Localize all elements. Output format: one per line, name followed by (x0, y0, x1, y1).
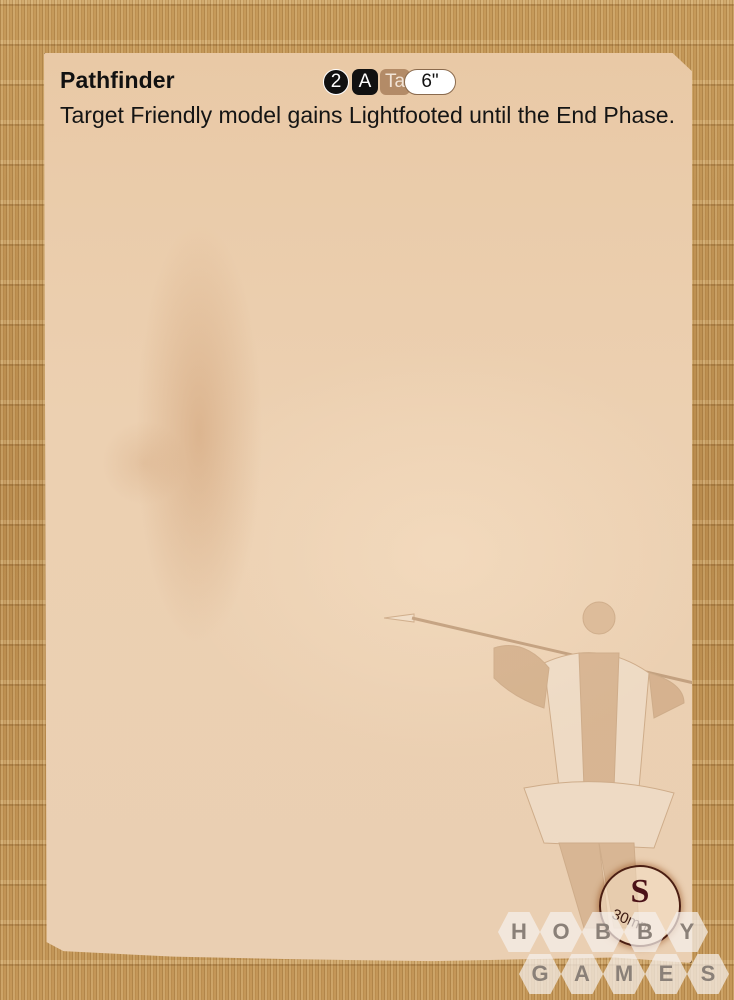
card-rules-text: Target Friendly model gains Lightfooted … (60, 101, 685, 129)
watermark-letter: G (519, 954, 561, 994)
card-header: Pathfinder 2 A Ta 6" (60, 67, 660, 97)
watermark-letter: H (498, 912, 540, 952)
hobby-games-watermark: H O B B Y G A M E S (498, 912, 734, 1000)
watermark-letter: E (645, 954, 687, 994)
watermark-letter: B (624, 912, 666, 952)
watermark-letter: O (540, 912, 582, 952)
card-stats: 2 A Ta 6" (323, 67, 456, 97)
range-badge: 6" (404, 69, 456, 95)
watermark-letter: B (582, 912, 624, 952)
card-title: Pathfinder (60, 67, 175, 94)
cost-badge: 2 (323, 69, 349, 95)
watermark-letter: Y (666, 912, 708, 952)
action-type-badge: A (352, 69, 378, 95)
ability-card: Pathfinder 2 A Ta 6" Target Friendly mod… (44, 53, 692, 963)
watermark-letter: M (603, 954, 645, 994)
watermark-letter: A (561, 954, 603, 994)
watermark-letter: S (687, 954, 729, 994)
base-size-letter: S (601, 873, 679, 911)
